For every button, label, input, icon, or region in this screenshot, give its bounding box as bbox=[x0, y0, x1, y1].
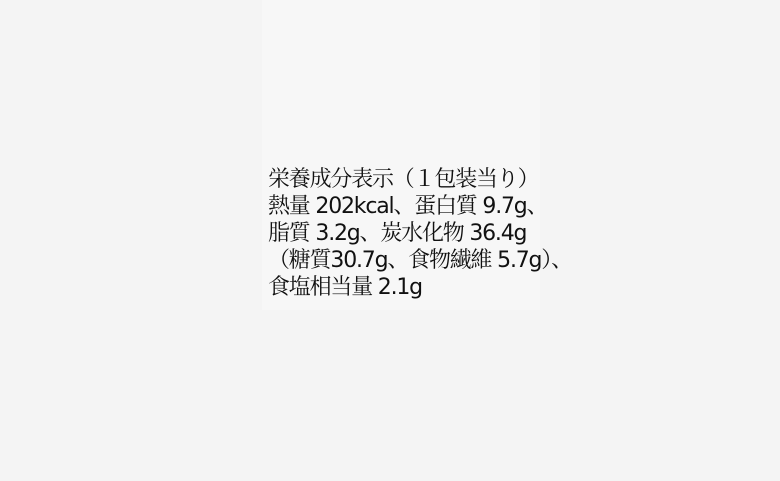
nutrition-line-salt: 食塩相当量 2.1g bbox=[268, 274, 558, 301]
nutrition-heading: 栄養成分表示（１包装当り） bbox=[268, 166, 558, 193]
page-background: 栄養成分表示（１包装当り） 熱量 202kcal、蛋白質 9.7g、 脂質 3.… bbox=[0, 0, 780, 481]
nutrition-line-energy-protein: 熱量 202kcal、蛋白質 9.7g、 bbox=[268, 193, 558, 220]
nutrition-facts-label: 栄養成分表示（１包装当り） 熱量 202kcal、蛋白質 9.7g、 脂質 3.… bbox=[268, 166, 558, 301]
nutrition-line-fat-carbohydrate: 脂質 3.2g、炭水化物 36.4g bbox=[268, 220, 558, 247]
nutrition-line-sugar-fiber: （糖質30.7g、食物繊維 5.7g）、 bbox=[268, 247, 558, 274]
